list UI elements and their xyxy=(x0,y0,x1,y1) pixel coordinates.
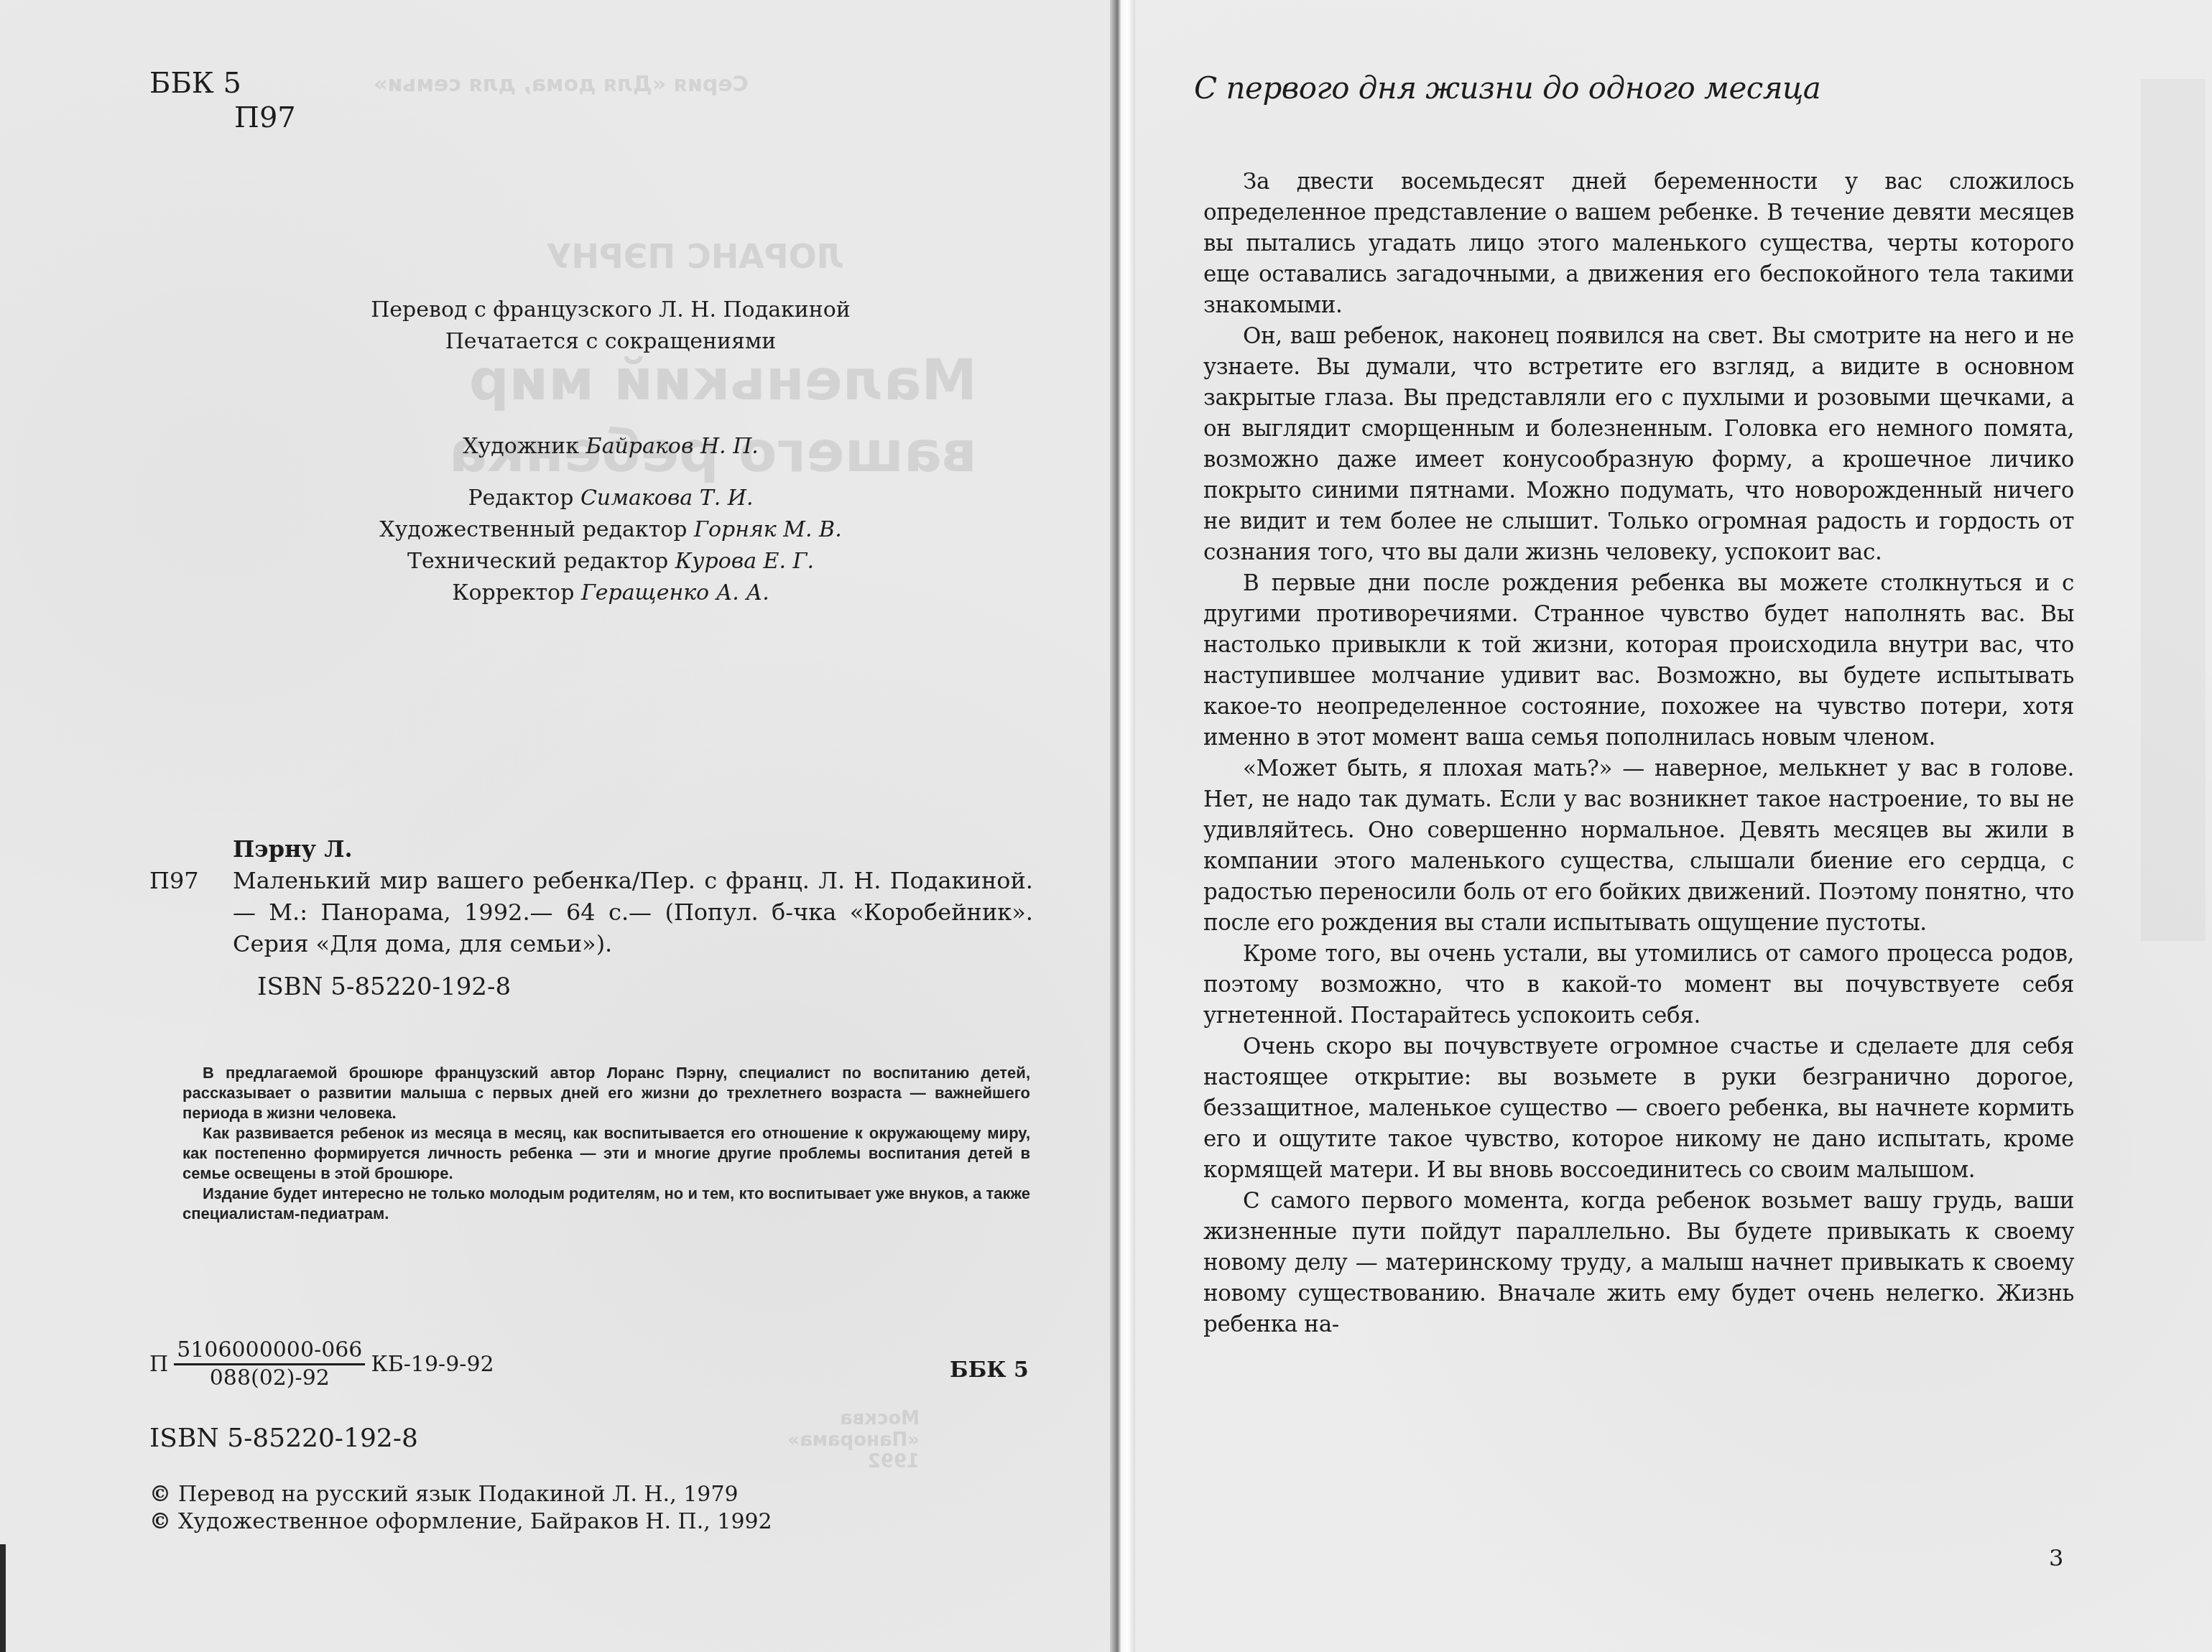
index-suffix: КБ-19-9-92 xyxy=(371,1352,494,1377)
author-mark-top: П97 xyxy=(234,101,296,135)
body-paragraph: В первые дни после рождения ребенка вы м… xyxy=(1203,568,2074,753)
catalog-isbn: ISBN 5-85220-192-8 xyxy=(149,971,1033,1003)
copyright-block: ©Перевод на русский язык Подакиной Л. Н.… xyxy=(149,1481,772,1536)
scan-edge-shadow xyxy=(0,1544,6,1652)
annotation: В предлагаемой брошюре французский автор… xyxy=(182,1063,1030,1224)
bbk-classification-bottom: ББК 5 xyxy=(950,1358,1029,1383)
index-numerator: 5106000000-066 xyxy=(174,1337,365,1365)
copyright-translation: ©Перевод на русский язык Подакиной Л. Н.… xyxy=(149,1481,772,1508)
copyright-icon: © xyxy=(149,1481,171,1508)
index-denominator: 088(02)-92 xyxy=(210,1365,330,1391)
bleed-through-text xyxy=(2141,79,2206,941)
credit-proofreader: Корректор Геращенко А. А. xyxy=(287,577,934,609)
body-paragraph: Очень скоро вы почувствуете огромное сча… xyxy=(1203,1031,2074,1186)
catalog-code: П97 xyxy=(149,865,233,960)
index-prefix: П xyxy=(149,1352,168,1377)
bleed-through-series: Серия «Для дома, для семьи» xyxy=(374,72,749,97)
abridged-note: Печатается с сокращениями xyxy=(287,326,934,358)
translation-note: Перевод с французского Л. Н. Подакиной xyxy=(287,294,934,326)
isbn-bottom: ISBN 5-85220-192-8 xyxy=(149,1424,418,1453)
book-gutter xyxy=(1110,0,1135,1652)
copyright-design: ©Художественное оформление, Байраков Н. … xyxy=(149,1508,772,1536)
index-code: П 5106000000-066 088(02)-92 КБ-19-9-92 xyxy=(149,1337,494,1391)
left-page-imprint: Серия «Для дома, для семьи» ЛОРАНС ПЭРНУ… xyxy=(0,0,1110,1652)
credit-artist: Художник Байраков Н. П. xyxy=(287,431,934,463)
annotation-paragraph: Как развивается ребенок из месяца в меся… xyxy=(182,1123,1030,1184)
body-paragraph: Кроме того, вы очень устали, вы утомилис… xyxy=(1203,939,2074,1031)
body-paragraph: Он, ваш ребенок, наконец появился на све… xyxy=(1203,321,2074,568)
bleed-through-publisher: Москва «Панорама» 1992 xyxy=(790,1408,920,1472)
annotation-paragraph: В предлагаемой брошюре французский автор… xyxy=(182,1063,1030,1123)
annotation-paragraph: Издание будет интересно не только молоды… xyxy=(182,1184,1030,1224)
page-number: 3 xyxy=(2049,1544,2063,1572)
copyright-icon: © xyxy=(149,1508,171,1536)
body-paragraph: За двести восемьдесят дней беременности … xyxy=(1203,167,2074,321)
body-paragraph: «Может быть, я плохая мать?» — наверное,… xyxy=(1203,753,2074,939)
index-fraction: 5106000000-066 088(02)-92 xyxy=(174,1337,365,1391)
catalog-entry: П97 Маленький мир вашего ребенка/Пер. с … xyxy=(149,865,1033,960)
bbk-classification-top: ББК 5 xyxy=(149,66,241,101)
credit-editor: Редактор Симакова Т. И. xyxy=(287,483,934,514)
catalog-description: Маленький мир вашего ребенка/Пер. с фран… xyxy=(233,865,1033,960)
credit-tech-editor: Технический редактор Курова Е. Г. xyxy=(287,546,934,577)
body-paragraph: С самого первого момента, когда ребенок … xyxy=(1203,1186,2074,1340)
bleed-through-author: ЛОРАНС ПЭРНУ xyxy=(546,237,844,276)
chapter-body: За двести восемьдесят дней беременности … xyxy=(1203,167,2074,1340)
credit-art-editor: Художественный редактор Горняк М. В. xyxy=(287,514,934,546)
translation-info: Перевод с французского Л. Н. Подакиной П… xyxy=(287,294,934,358)
catalog-author: Пэрну Л. xyxy=(149,833,1033,865)
credits-list: Художник Байраков Н. П. Редактор Симаков… xyxy=(287,431,934,609)
chapter-title: С первого дня жизни до одного месяца xyxy=(1194,70,1820,106)
catalog-card: Пэрну Л. П97 Маленький мир вашего ребенк… xyxy=(149,833,1033,1003)
